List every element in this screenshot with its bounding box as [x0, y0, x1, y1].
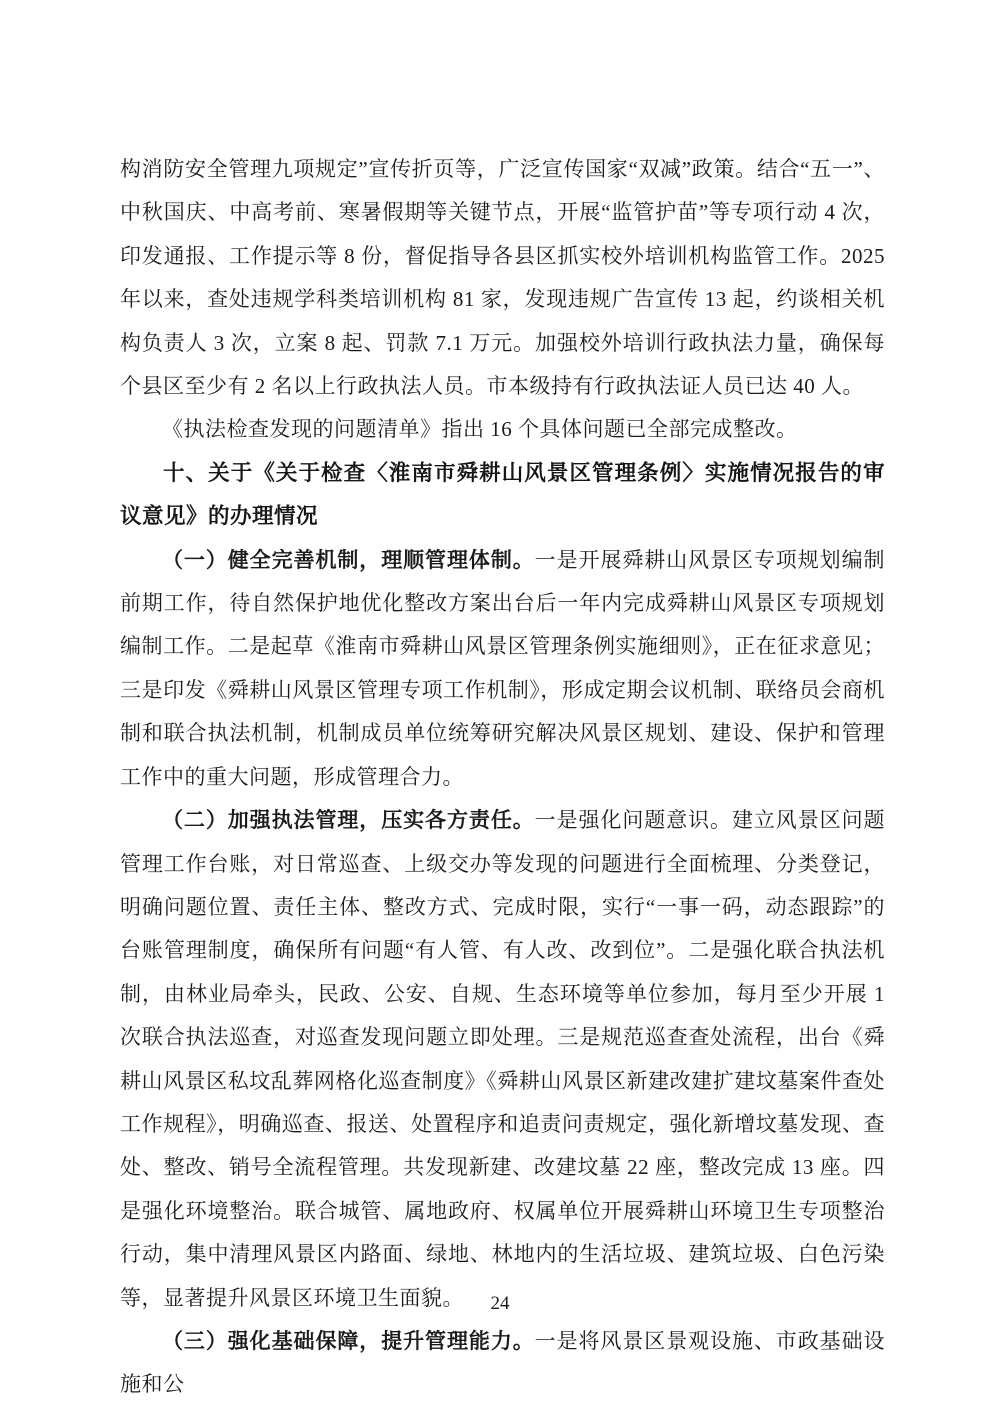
paragraph-item-2: （二）加强执法管理，压实各方责任。一是强化问题意识。建立风景区问题管理工作台账，…	[120, 799, 885, 1320]
paragraph-item-1: （一）健全完善机制，理顺管理体制。一是开展舜耕山风景区专项规划编制前期工作，待自…	[120, 539, 885, 799]
paragraph-continuation: 构消防安全管理九项规定”宣传折页等，广泛宣传国家“双减”政策。结合“五一”、中秋…	[120, 148, 885, 408]
paragraph-item-3: （三）强化基础保障，提升管理能力。一是将风景区景观设施、市政基础设施和公	[120, 1320, 885, 1407]
item-lead: （二）加强执法管理，压实各方责任。	[162, 808, 535, 832]
paragraph-text: 一是开展舜耕山风景区专项规划编制前期工作，待自然保护地优化整改方案出台后一年内完…	[120, 548, 885, 789]
document-body: 构消防安全管理九项规定”宣传折页等，广泛宣传国家“双减”政策。结合“五一”、中秋…	[120, 148, 885, 1407]
item-lead: （三）强化基础保障，提升管理能力。	[162, 1329, 535, 1353]
page-number: 24	[0, 1293, 1000, 1315]
item-lead: （一）健全完善机制，理顺管理体制。	[162, 548, 535, 572]
paragraph-text: 一是强化问题意识。建立风景区问题管理工作台账，对日常巡查、上级交办等发现的问题进…	[120, 808, 885, 1309]
section-heading: 十、关于《关于检查〈淮南市舜耕山风景区管理条例〉实施情况报告的审议意见》的办理情…	[120, 452, 885, 539]
paragraph-checklist: 《执法检查发现的问题清单》指出 16 个具体问题已全部完成整改。	[120, 408, 885, 451]
document-page: 构消防安全管理九项规定”宣传折页等，广泛宣传国家“双减”政策。结合“五一”、中秋…	[0, 0, 1000, 1415]
paragraph-text: 《执法检查发现的问题清单》指出 16 个具体问题已全部完成整改。	[162, 417, 798, 441]
paragraph-text: 构消防安全管理九项规定”宣传折页等，广泛宣传国家“双减”政策。结合“五一”、中秋…	[120, 157, 885, 398]
